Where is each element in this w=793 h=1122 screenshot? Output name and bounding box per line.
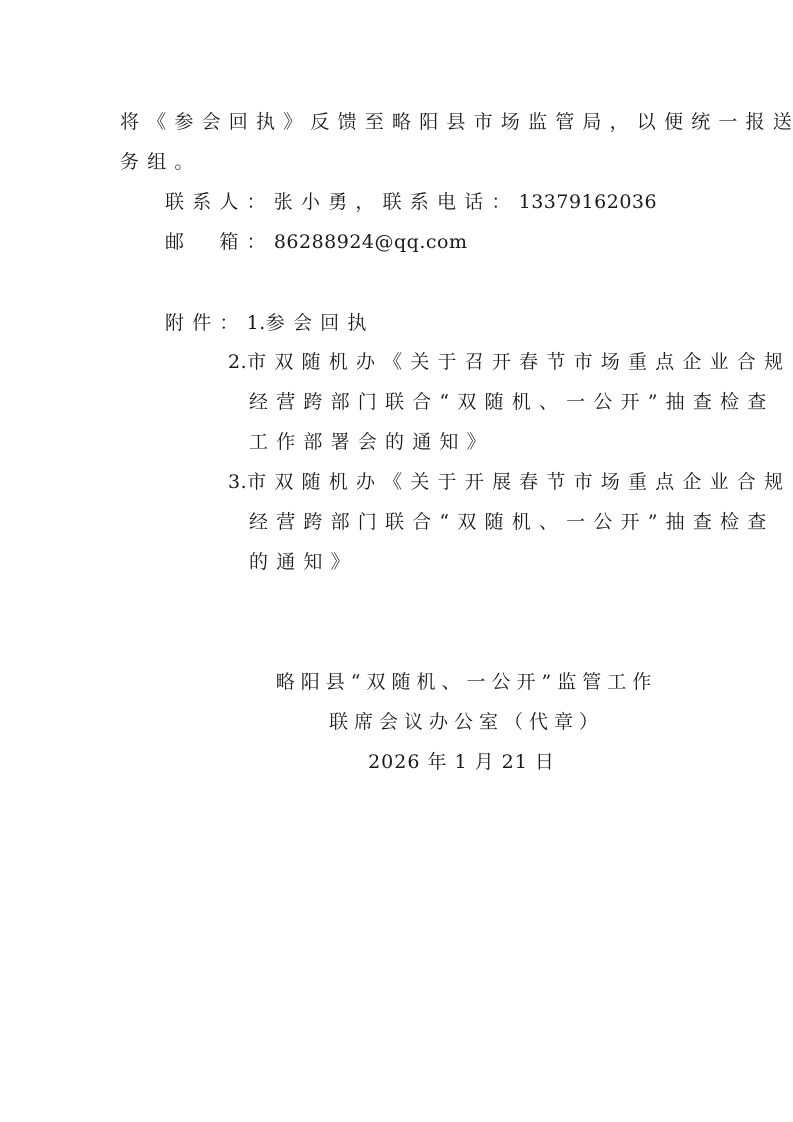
attachment-item-1: 附件：1.参会回执	[165, 311, 375, 335]
email-label: 邮 箱：	[165, 231, 274, 253]
signature-date: 2026 年 1 月 21 日	[65, 750, 793, 774]
body-paragraph-line: 将《参会回执》反馈至略阳县市场监管局，以便统一报送会	[120, 110, 793, 134]
signature-org-line2: 联席会议办公室（代章）	[70, 710, 793, 734]
attachments-label: 附件：	[165, 312, 247, 334]
contact-phone: 13379162036	[519, 191, 657, 213]
attachment-item-2-cont: 经营跨部门联合“双随机、一公开”抽查检查	[249, 390, 774, 414]
email-value: 86288924@qq.com	[274, 231, 468, 253]
attachment-item-2: 2.市双随机办《关于召开春节市场重点企业合规	[228, 350, 791, 374]
attachment-item-3-cont: 的通知》	[249, 550, 358, 574]
contact-line: 联系人：张小勇，联系电话：13379162036	[165, 190, 657, 214]
body-paragraph-line: 务组。	[120, 150, 202, 174]
signature-org-line1: 略阳县“双随机、一公开”监管工作	[70, 670, 793, 694]
email-line: 邮 箱：86288924@qq.com	[165, 230, 467, 254]
attachment-item-2-cont: 工作部署会的通知》	[249, 430, 494, 454]
contact-label: 联系人：张小勇，联系电话：	[165, 191, 519, 213]
attachment-item-3-cont: 经营跨部门联合“双随机、一公开”抽查检查	[249, 510, 774, 534]
attachment-item-3: 3.市双随机办《关于开展春节市场重点企业合规	[228, 470, 791, 494]
